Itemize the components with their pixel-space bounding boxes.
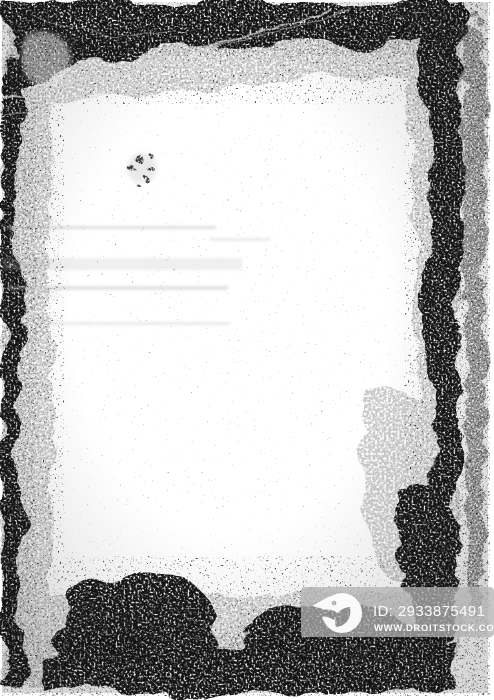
watermark: ID: 2933875491 WWW.DROITSTOCK.COM [301,586,494,640]
stock-photo-canvas: ID: 2933875491 WWW.DROITSTOCK.COM [0,0,494,700]
watermark-site-text: WWW.DROITSTOCK.COM [374,623,494,634]
watermark-id-text: ID: 2933875491 [373,603,485,620]
droitstock-logo-icon [308,586,372,640]
grunge-texture-image: ID: 2933875491 WWW.DROITSTOCK.COM [0,0,494,700]
